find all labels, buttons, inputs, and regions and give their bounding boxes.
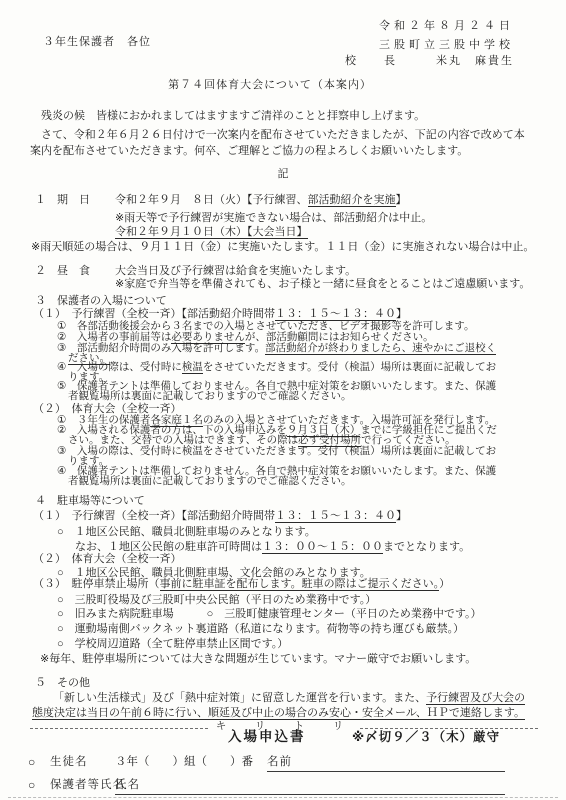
doc-line: １ 期 日 [35, 194, 90, 207]
application-form-title: 入場申込書 [228, 730, 306, 743]
doc-line: 残炎の候 皆様におかれましてはますますご清祥のことと拝察申し上げます。 [41, 110, 425, 123]
text-segment: 】 [396, 194, 407, 206]
doc-line: 令和２年９月 ８日（火）【予行練習、部活動紹介を実施】 [115, 194, 407, 207]
addressee: ３年生保護者 各位 [43, 36, 151, 49]
class-number-blanks: ３年（ ）組（ ）番 [115, 755, 253, 769]
doc-line: 者観覧場所は裏面に記載しておりますのでご確認ください。 [68, 475, 352, 487]
doc-line: ③ 入場の際は、受付時に検温をさせていただきます。受付（検温）場所は裏面に記載し… [57, 445, 496, 457]
text-segment: なお、１地区公民館の駐車許可時間は [75, 541, 262, 553]
underlined-text-segment: １３：１５～１３：４０ [275, 510, 396, 523]
doc-line: 案内を配布させていただきます。何卒、ご理解とご協力の程よろしくお願いいたします。 [30, 145, 468, 158]
doc-line: ２ 昼 食 [35, 265, 90, 278]
underlined-text-segment: １３：００～１５：００ [262, 541, 383, 554]
header-principal-name: 校 長 米丸 麻貴生 [345, 55, 514, 68]
doc-line: ３ 保護者の入場について [35, 295, 167, 308]
header-date: 令和２年８月２４日 [379, 20, 514, 33]
guardian-name-field: 氏名 [115, 778, 505, 795]
student-name-label: 生徒名 [50, 755, 88, 769]
bullet-circle-icon: ○ [28, 778, 35, 792]
form-row-guardian: ○ 保護者等氏名 氏名 [0, 778, 566, 796]
doc-line: さて、令和２年６月２６日付けで一次案内を配布させていただきましたが、下記の内容で… [41, 129, 525, 142]
application-deadline: ※〆切９／３（木）厳守 [352, 731, 500, 744]
underlined-text-segment: 検温 [182, 361, 203, 374]
underlined-text-segment: 令和２年９月１０日（木）【大会当日】 [115, 226, 308, 239]
text-segment: ○ 運動場南側バックネット裏道路（私道になります。荷物等の持ち運びも厳禁。） [57, 623, 464, 635]
doc-line: ４ 駐車場等について [35, 495, 145, 508]
text-segment: ○ 学校周辺道路（全て駐停車禁止区間です。） [57, 638, 288, 650]
doc-line: ○ １地区公民館、職員北側駐車場のみとなります。 [57, 526, 316, 539]
text-segment: 】 [396, 308, 407, 320]
doc-line: 者観覧場所は裏面に記載しておりますのでご確認ください。 [68, 390, 352, 402]
text-segment: （３） 駐停車禁止場所（ [33, 578, 160, 590]
doc-line: 令和２年９月１０日（木）【大会当日】 [115, 226, 308, 239]
doc-line: ※雨天等で予行練習が実施できない場合は、部活動紹介は中止。 [115, 212, 432, 225]
text-segment: （２） 体育大会（全校一斉） [33, 553, 182, 565]
doc-line: ５ その他 [35, 677, 90, 690]
bottom-cut-line [8, 797, 558, 798]
doc-line: ※雨天順延の場合は、９月１１日（金）に実施いたします。１１日（金）に実施されない… [31, 241, 534, 254]
doc-line: 記 [0, 168, 566, 181]
header-school-name: 三股町立三股中学校 [379, 39, 514, 52]
text-segment: さて、令和２年６月２６日付けで一次案内を配布させていただきましたが、下記の内容で… [41, 129, 525, 141]
doc-line: 大会当日及び予行練習は給食を実施いたします。 [115, 265, 356, 278]
text-segment: １ 期 日 [35, 194, 90, 206]
text-segment: 案内を配布させていただきます。何卒、ご理解とご協力の程よろしくお願いいたします。 [30, 145, 468, 157]
text-segment: 「新しい生活様式」及び「熱中症対策」に留意した運営を行います。また、 [53, 692, 426, 704]
text-segment: ③ 入場の際は、受付時に検温をさせていただきます。受付（検温）場所は裏面に記載し… [57, 445, 496, 457]
guardian-name-label: 保護者等氏名 [50, 778, 125, 792]
text-segment: ※雨天等で予行練習が実施できない場合は、部活動紹介は中止。 [115, 212, 432, 224]
bullet-circle-icon: ○ [28, 755, 35, 769]
doc-line: ○ 旧みまた病院駐車場 ○ 三股町健康管理センター（平日のため業務中です。） [57, 608, 481, 621]
text-segment: をさせていただきます。受付（検温）場所は裏面に記載してお [203, 361, 496, 373]
doc-line: 「新しい生活様式」及び「熱中症対策」に留意した運営を行います。また、予行練習及び… [53, 692, 525, 705]
doc-line: （１） 予行練習（全校一斉）【部活動紹介時間帯１３：１５～１３：４０】 [33, 510, 407, 523]
text-segment: 】 [396, 510, 407, 522]
text-segment: 記 [278, 168, 289, 180]
doc-line: ③ 部活動紹介時間のみ入場を許可します。部活動紹介が終わりましたら、速やかにご退… [57, 342, 496, 354]
text-segment: ○ １地区公民館、職員北側駐車場のみとなります。 [57, 526, 316, 538]
text-segment: ※雨天順延の場合は、９月１１日（金）に実施いたします。１１日（金）に実施されない… [31, 241, 534, 253]
form-row-student: ○ 生徒名 ３年（ ）組（ ）番 名前 [0, 755, 566, 773]
text-segment: までとなります。 [383, 541, 470, 553]
text-segment: ※家庭で弁当等を準備されても、お子様と一緒に昼食をとることはご遠慮願います。 [115, 278, 530, 290]
doc-line: ○ 運動場南側バックネット裏道路（私道になります。荷物等の持ち運びも厳禁。） [57, 623, 464, 636]
text-segment: ○ 三股町役場及び三股町中央公民館（平日のため業務中です。） [57, 594, 376, 606]
underlined-text-segment: 部活動紹介を実施 [308, 194, 396, 207]
doc-line: ④ 入場の際は、受付時に検温をさせていただきます。受付（検温）場所は裏面に記載し… [57, 361, 496, 373]
text-segment: 残炎の候 皆様におかれましてはますますご清祥のことと拝察申し上げます。 [41, 110, 425, 122]
underlined-text-segment: 部活動紹介が終わりましたら、速やかにご退校く [265, 342, 496, 355]
text-segment: ４ 駐車場等について [35, 495, 145, 507]
underlined-text-segment: 予行練習及び大会の [426, 692, 525, 705]
underlined-text-segment: 事前に駐車証を配布します。駐車の際はご提示ください。 [160, 578, 440, 591]
doc-line: （２） 体育大会（全校一斉） [33, 553, 182, 566]
text-segment: ） [439, 578, 450, 590]
text-segment: 者観覧場所は裏面に記載しておりますのでご確認ください。 [68, 390, 352, 402]
doc-line: ○ 学校周辺道路（全て駐停車禁止区間です。） [57, 638, 288, 651]
text-segment: （１） 予行練習（全校一斉）【部活動紹介時間帯 [33, 510, 275, 522]
cut-dash-right [360, 728, 538, 729]
doc-line: ○ 三股町役場及び三股町中央公民館（平日のため業務中です。） [57, 594, 376, 607]
doc-line: ※家庭で弁当等を準備されても、お子様と一緒に昼食をとることはご遠慮願います。 [115, 278, 530, 291]
text-segment: ５ その他 [35, 677, 90, 689]
text-segment: ３ 保護者の入場について [35, 295, 167, 307]
student-name-field: 名前 [267, 755, 505, 772]
text-segment: 大会当日及び予行練習は給食を実施いたします。 [115, 265, 356, 277]
text-segment: 者観覧場所は裏面に記載しておりますのでご確認ください。 [68, 475, 352, 487]
text-segment: 令和２年９月 ８日（火）【予行練習、 [115, 194, 308, 206]
document-page: 令和２年８月２４日 ３年生保護者 各位 三股町立三股中学校 校 長 米丸 麻貴生… [0, 0, 566, 800]
text-segment: ２ 昼 食 [35, 265, 90, 277]
text-segment: ○ 旧みまた病院駐車場 ○ 三股町健康管理センター（平日のため業務中です。） [57, 608, 481, 620]
text-segment: ※毎年、駐停車場所については大きな問題が生じています。マナー厳守でお願いします。 [40, 653, 476, 665]
cut-dash-left [30, 728, 208, 729]
text-segment: （１） 予行練習（全校一斉）【部活動紹介時間帯 [33, 308, 275, 320]
underlined-text-segment: 態度決定は当日の午前６時に行い、順延及び中止の場合のみ安心・安全メール、ＨＰで連… [32, 707, 525, 720]
doc-line: ※毎年、駐停車場所については大きな問題が生じています。マナー厳守でお願いします。 [40, 653, 476, 666]
page-title: 第７４回体育大会について（本案内） [0, 79, 540, 92]
doc-line: 態度決定は当日の午前６時に行い、順延及び中止の場合のみ安心・安全メール、ＨＰで連… [32, 707, 525, 720]
doc-line: （３） 駐停車禁止場所（事前に駐車証を配布します。駐車の際はご提示ください。） [33, 578, 450, 591]
